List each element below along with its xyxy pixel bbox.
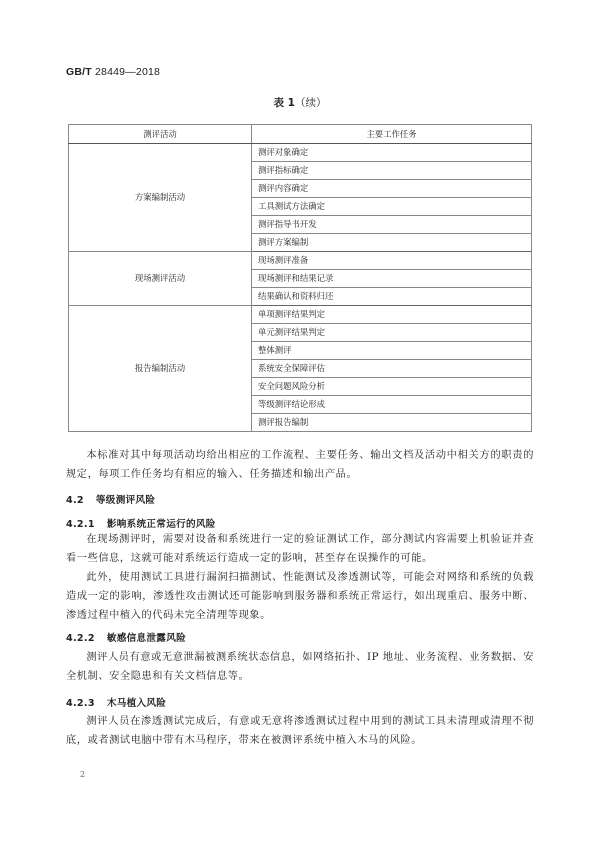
task-cell: 现场测评和结果记录 — [252, 270, 532, 288]
table-title-main: 表 1 — [274, 97, 295, 109]
task-cell: 等级测评结论形成 — [252, 396, 532, 414]
section-heading-4-2: 4.2等级测评风险 — [66, 492, 155, 506]
task-cell: 测评内容确定 — [252, 180, 532, 198]
task-cell: 测评报告编制 — [252, 414, 532, 432]
intro-paragraph-block: 本标准对其中每项活动均给出相应的工作流程、主要任务、输出文档及活动中相关方的职责… — [66, 446, 534, 484]
section-number: 4.2.3 — [66, 698, 95, 709]
task-cell: 现场测评准备 — [252, 252, 532, 270]
task-cell: 工具测试方法确定 — [252, 198, 532, 216]
section-heading-4-2-3: 4.2.3木马植入风险 — [66, 695, 166, 709]
section-number: 4.2.2 — [66, 633, 95, 644]
paragraph: 在现场测评时，需要对设备和系统进行一定的验证测试工作，部分测试内容需要上机验证并… — [66, 530, 534, 568]
section-4-2-3-body: 测评人员在渗透测试完成后，有意或无意将渗透测试过程中用到的测试工具未清理或清理不… — [66, 712, 534, 750]
column-header-activity: 测评活动 — [69, 125, 252, 144]
section-heading-4-2-1: 4.2.1影响系统正常运行的风险 — [66, 516, 216, 530]
page-number: 2 — [80, 770, 85, 779]
table-title: 表 1（续） — [0, 95, 600, 110]
task-cell: 系统安全保障评估 — [252, 360, 532, 378]
table-title-suffix: （续） — [295, 97, 327, 109]
section-heading-4-2-2: 4.2.2敏感信息泄露风险 — [66, 630, 186, 644]
table-header-row: 测评活动 主要工作任务 — [69, 125, 532, 144]
section-4-2-2-body: 测评人员有意或无意泄漏被测系统状态信息，如网络拓扑、IP 地址、业务流程、业务数… — [66, 648, 534, 686]
task-cell: 测评对象确定 — [252, 144, 532, 162]
paragraph: 此外，使用测试工具进行漏洞扫描测试、性能测试及渗透测试等，可能会对网络和系统的负… — [66, 568, 534, 625]
standard-code: GB/T 28449—2018 — [66, 66, 160, 78]
intro-paragraph: 本标准对其中每项活动均给出相应的工作流程、主要任务、输出文档及活动中相关方的职责… — [66, 446, 534, 484]
task-cell: 安全问题风险分析 — [252, 378, 532, 396]
standard-prefix: GB/T — [66, 66, 92, 78]
activity-cell: 现场测评活动 — [69, 252, 252, 306]
task-cell: 单项测评结果判定 — [252, 306, 532, 324]
task-cell: 测评指标确定 — [252, 162, 532, 180]
standard-number: 28449—2018 — [95, 66, 160, 78]
section-title: 敏感信息泄露风险 — [107, 633, 186, 644]
section-4-2-1-body: 在现场测评时，需要对设备和系统进行一定的验证测试工作，部分测试内容需要上机验证并… — [66, 530, 534, 625]
table-row: 方案编制活动 测评对象确定 — [69, 144, 532, 162]
paragraph: 测评人员有意或无意泄漏被测系统状态信息，如网络拓扑、IP 地址、业务流程、业务数… — [66, 648, 534, 686]
section-number: 4.2 — [66, 495, 84, 506]
table-row: 现场测评活动 现场测评准备 — [69, 252, 532, 270]
section-title: 影响系统正常运行的风险 — [107, 519, 216, 530]
paragraph: 测评人员在渗透测试完成后，有意或无意将渗透测试过程中用到的测试工具未清理或清理不… — [66, 712, 534, 750]
activity-cell: 报告编制活动 — [69, 306, 252, 432]
table-row: 报告编制活动 单项测评结果判定 — [69, 306, 532, 324]
task-cell: 测评方案编制 — [252, 234, 532, 252]
task-cell: 测评指导书开发 — [252, 216, 532, 234]
section-title: 木马植入风险 — [107, 698, 166, 709]
task-cell: 整体测评 — [252, 342, 532, 360]
section-title: 等级测评风险 — [96, 495, 155, 506]
column-header-tasks: 主要工作任务 — [252, 125, 532, 144]
section-number: 4.2.1 — [66, 519, 95, 530]
task-cell: 单元测评结果判定 — [252, 324, 532, 342]
task-cell: 结果确认和资料归还 — [252, 288, 532, 306]
activity-task-table: 测评活动 主要工作任务 方案编制活动 测评对象确定 测评指标确定 测评内容确定 … — [68, 124, 532, 432]
activity-cell: 方案编制活动 — [69, 144, 252, 252]
